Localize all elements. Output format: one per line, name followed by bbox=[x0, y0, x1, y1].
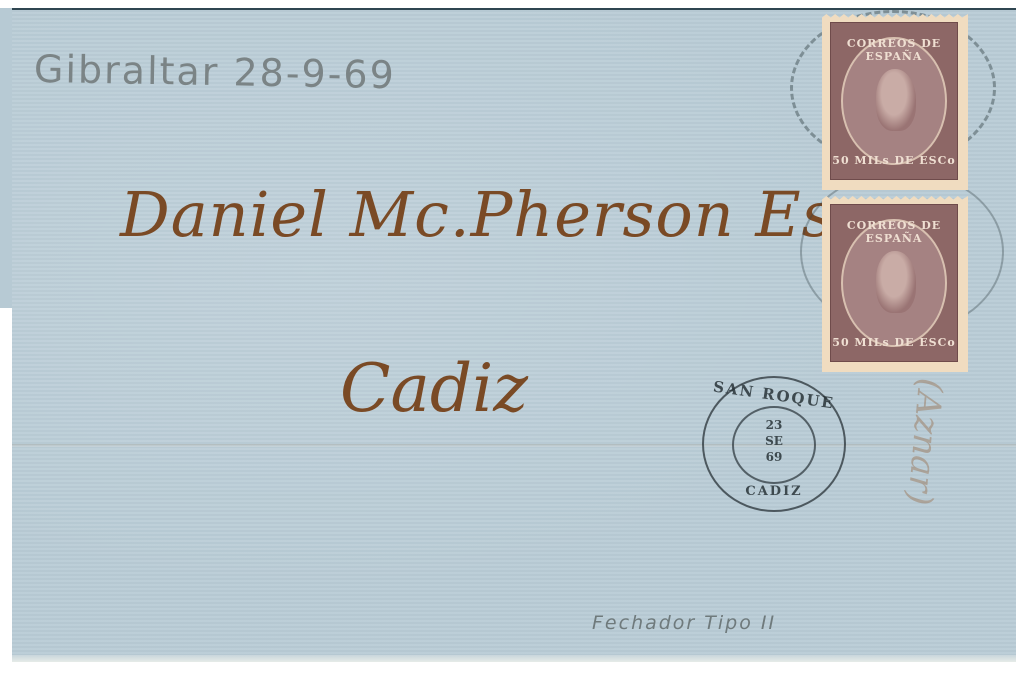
pencil-postmark-note: Fechador Tipo II bbox=[592, 612, 776, 634]
datestamp-postmark: SAN ROQUE 23 SE 69 CADIZ bbox=[702, 376, 846, 512]
cover-bottom-edge bbox=[12, 655, 1016, 662]
postage-stamp-lower: CORREOS DE ESPAÑA 50 MILs DE ESCo bbox=[822, 196, 968, 372]
stamp-value-text: 50 MILs DE ESCo bbox=[831, 336, 957, 349]
postmark-province: CADIZ bbox=[724, 484, 824, 499]
fold-line bbox=[12, 444, 1016, 447]
postmark-inner-ring: 23 SE 69 bbox=[732, 406, 816, 484]
postage-stamp-upper: CORREOS DE ESPAÑA 50 MILs DE ESCo bbox=[822, 14, 968, 190]
stamp-country-text: CORREOS DE ESPAÑA bbox=[831, 219, 957, 245]
queen-portrait-icon bbox=[876, 69, 917, 131]
stamp-country-text: CORREOS DE ESPAÑA bbox=[831, 37, 957, 63]
postmark-month: SE bbox=[734, 434, 814, 448]
postmark-day: 23 bbox=[734, 418, 814, 432]
stamp-frame: CORREOS DE ESPAÑA 50 MILs DE ESCo bbox=[830, 204, 958, 362]
addressee-name: Daniel Mc.Pherson Esqe bbox=[120, 178, 913, 251]
postmark-year: 69 bbox=[734, 450, 814, 464]
queen-portrait-icon bbox=[876, 251, 917, 313]
stamp-frame: CORREOS DE ESPAÑA 50 MILs DE ESCo bbox=[830, 22, 958, 180]
pencil-origin-note: Gibraltar 28-9-69 bbox=[34, 47, 397, 97]
stamp-value-text: 50 MILs DE ESCo bbox=[831, 154, 957, 167]
destination-city: Cadiz bbox=[340, 350, 528, 427]
